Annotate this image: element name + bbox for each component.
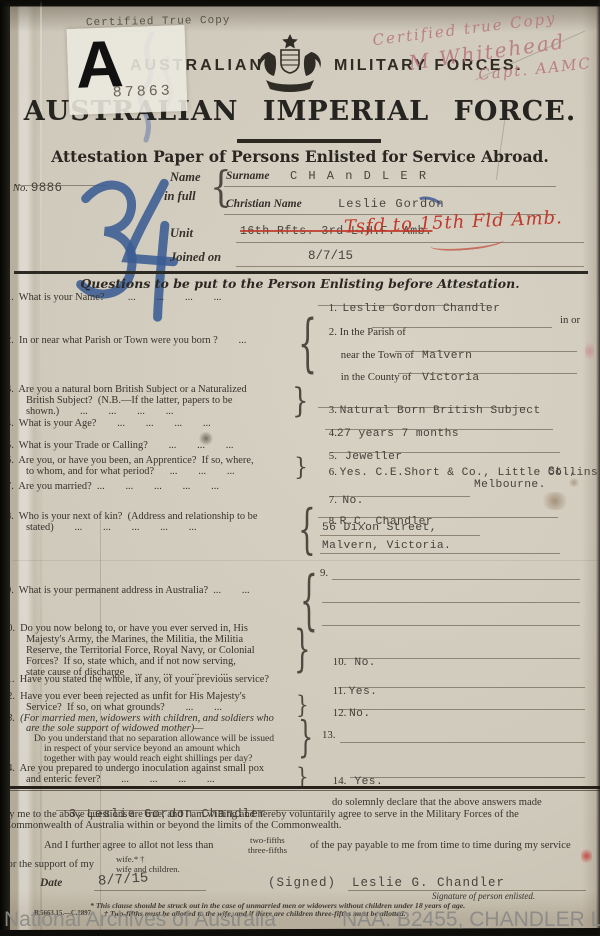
- in-full-label: in full: [164, 189, 196, 204]
- answer-6-overflow-value: St.,: [548, 466, 577, 478]
- title-rule: [237, 139, 381, 143]
- declaration-line3: Commonwealth of Australia within or beyo…: [4, 821, 341, 832]
- question-5: 5. What is your Trade or Calling? ... ..…: [6, 441, 234, 452]
- answer-8-value-3: Malvern, Victoria.: [322, 540, 451, 552]
- question-11: 11. Have you stated the whole, if any, o…: [2, 675, 269, 686]
- answer-14: 14. Yes.: [322, 763, 383, 800]
- a-stamp-label: A 87863: [67, 25, 188, 115]
- answer-4-line: [325, 429, 553, 430]
- answer-14-line: [350, 777, 585, 778]
- unit-label: Unit: [170, 226, 193, 241]
- australian-coat-of-arms-icon: [254, 32, 326, 96]
- scan-edge-right: [596, 0, 600, 936]
- allotment-fraction-bottom: three-fifths: [248, 845, 287, 856]
- answer-2-l1-right: in or: [560, 314, 580, 326]
- brace-q3: }: [292, 382, 309, 421]
- question-2: 2. In or near what Parish or Town were y…: [6, 336, 246, 347]
- answer-13: 13.: [322, 729, 336, 741]
- answer-9-line3: [322, 625, 580, 626]
- brace-q10: }: [294, 622, 311, 679]
- scan-edge-top: [0, 0, 600, 7]
- answer-11-line: [338, 687, 585, 688]
- answer-6-number: 6.: [329, 466, 337, 478]
- answer-8-line2: [320, 535, 480, 536]
- declaration-rule-top-2: [0, 790, 600, 791]
- page-subtitle: Attestation Paper of Persons Enlisted fo…: [0, 147, 600, 166]
- allotment-line-a: And I further agree to allot not less th…: [44, 841, 213, 852]
- christian-name-label: Christian Name: [226, 198, 302, 210]
- christian-name-value: Leslie Gordon: [338, 197, 445, 211]
- answer-7-overflow-value: Melbourne.: [474, 479, 546, 491]
- answer-1-line: [318, 305, 490, 306]
- answer-10-line: [338, 658, 580, 659]
- answer-1-number: 1.: [329, 302, 337, 314]
- surname-underline: [224, 186, 556, 187]
- question-4: 4. What is your Age? ... ... ... ...: [6, 419, 211, 430]
- answer-13-number: 13.: [322, 729, 336, 741]
- answer-7-overflow: Melbourne.: [474, 478, 546, 491]
- answer-7-line: [330, 496, 470, 497]
- signature-value: Leslie G. Chandler: [352, 876, 505, 890]
- answer-5-line: [330, 452, 560, 453]
- surname-value: C H A n D L E R: [290, 169, 428, 183]
- no-label: No.: [13, 182, 28, 194]
- joined-on-value: 8/7/15: [308, 249, 353, 263]
- regimental-number-row: No. 9886: [2, 169, 62, 207]
- section-rule: [14, 271, 588, 274]
- question-6-l2: to whom, and for what period? ... ... ..…: [26, 467, 235, 478]
- joined-underline: [236, 266, 584, 267]
- brace-a2: {: [298, 308, 317, 382]
- archive-watermark-right: NAA: B2455, CHANDLER L G: [342, 908, 600, 932]
- answer-9-line2: [322, 602, 580, 603]
- answer-8-line1: [318, 517, 558, 518]
- brace-q13: }: [298, 712, 313, 762]
- answer-8-l2: 56 Dixon Street,: [322, 521, 437, 534]
- question-9: 9. What is your permanent address in Aus…: [6, 586, 250, 597]
- answer-2-line2: [395, 351, 577, 352]
- answer-13-line: [340, 742, 585, 743]
- joined-on-label: Joined on: [170, 250, 221, 265]
- questions-heading: Questions to be put to the Person Enlist…: [0, 276, 600, 291]
- brace-q6: }: [294, 454, 308, 482]
- answer-8-value-2: 56 Dixon Street,: [322, 522, 437, 534]
- answer-2-line3: [398, 373, 577, 374]
- answer-12-line: [338, 709, 585, 710]
- answer-6-overflow: St.,: [548, 465, 577, 478]
- brace-a8: {: [298, 498, 316, 561]
- support-line-a: for the support of my: [4, 860, 94, 871]
- declaration-rule-top: [0, 786, 600, 789]
- archive-watermark-left: National Archives of Australia: [4, 908, 276, 932]
- question-14-l2: and enteric fever? ... ... ... ...: [26, 775, 215, 786]
- surname-label: Surname: [226, 170, 269, 182]
- answer-8-line3: [320, 553, 560, 554]
- a-stamp-number: 87863: [112, 82, 173, 101]
- scan-edge-left: [0, 0, 10, 936]
- scanned-attestation-paper: Certified True Copy AUSTRALIAN MILITARY …: [0, 0, 600, 936]
- answer-3-line: [318, 407, 526, 408]
- answer-12: 12. No.: [322, 695, 371, 732]
- no-value: 9886: [31, 181, 63, 195]
- answer-2-line1: [372, 327, 552, 328]
- question-1: 1. What is your Name? ... ... ... ...: [6, 293, 221, 304]
- question-7: 7. Are you married? ... ... ... ... ...: [6, 482, 219, 493]
- signed-label: (Signed): [268, 876, 336, 890]
- date-line: [94, 890, 206, 891]
- answer-9-line1: [332, 579, 580, 580]
- answer-9-number: 9.: [320, 567, 328, 579]
- answer-9: 9.: [320, 567, 328, 579]
- declaration-line1-rest: do solemnly declare that the above answe…: [332, 798, 542, 809]
- question-3-l3: shown.) ... ... ... ...: [26, 407, 174, 418]
- unit-underline: [236, 242, 584, 243]
- allotment-line-b: of the pay payable to me from time to ti…: [310, 841, 571, 852]
- question-8-l2: stated) ... ... ... ... ...: [26, 523, 197, 534]
- answer-2-l3: in the County of Victoria: [330, 359, 480, 396]
- answer-8-l3: Malvern, Victoria.: [322, 539, 451, 552]
- name-label: Name: [170, 170, 201, 185]
- date-label: Date: [40, 878, 62, 889]
